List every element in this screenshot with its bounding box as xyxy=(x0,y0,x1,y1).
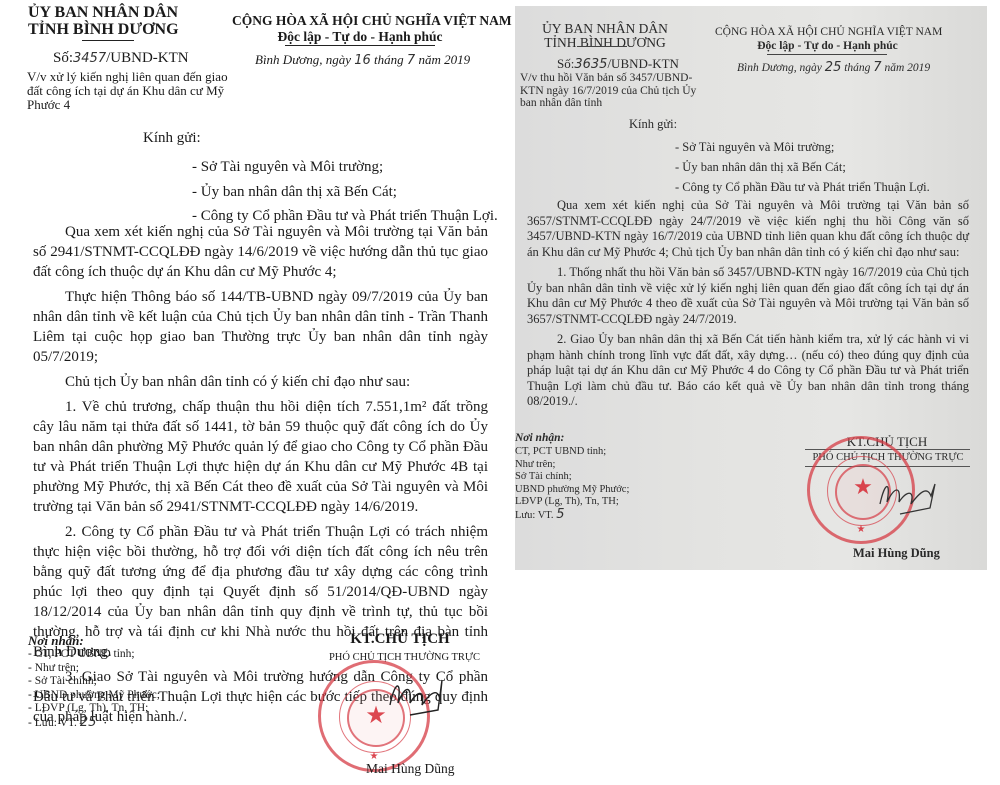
signer-title: KT.CHỦ TỊCH xyxy=(320,631,480,648)
recipients-label: Nơi nhận: xyxy=(28,633,84,649)
handwritten-note: 25 xyxy=(80,715,97,730)
national-motto: Độc lập - Tự do - Hạnh phúc xyxy=(232,29,488,45)
cc-list: CT, PCT UBND tỉnh; Như trên; Sở Tài chín… xyxy=(515,446,629,522)
handwritten-signature xyxy=(875,476,955,521)
agency-line-1: ỦY BAN NHÂN DÂN xyxy=(28,4,178,21)
salutation: Kính gửi: xyxy=(629,117,677,132)
paragraph: 1. Thống nhất thu hồi Văn bản số 3457/UB… xyxy=(527,265,969,327)
signer-name: Mai Hùng Dũng xyxy=(853,546,940,561)
subject-line: V/v xử lý kiến nghị liên quan đến giao đ… xyxy=(27,70,228,112)
republic-title: CỘNG HÒA XÃ HỘI CHỦ NGHĨA VIỆT NAM xyxy=(232,13,488,29)
issue-date: Bình Dương, ngày 25 tháng 7 năm 2019 xyxy=(737,60,930,75)
recipient-list: - Sở Tài nguyên và Môi trường; - Ủy ban … xyxy=(675,137,930,197)
document-left-3457: ỦY BAN NHÂN DÂN TỈNH BÌNH DƯƠNG Số:3457/… xyxy=(0,0,500,785)
recipients-label: Nơi nhận: xyxy=(515,432,564,444)
body-text: Qua xem xét kiến nghị của Sở Tài nguyên … xyxy=(527,198,969,410)
document-number: Số:3635/UBND-KTN xyxy=(557,56,679,72)
paragraph: Qua xem xét kiến nghị của Sở Tài nguyên … xyxy=(527,198,969,260)
recipient-list: - Sở Tài nguyên và Môi trường; - Ủy ban … xyxy=(192,155,498,229)
handwritten-signature xyxy=(380,675,460,720)
paragraph: 2. Giao Ủy ban nhân dân thị xã Bến Cát t… xyxy=(527,332,969,410)
national-motto: Độc lập - Tự do - Hạnh phúc xyxy=(715,40,940,52)
subject-line: V/v thu hồi Văn bản số 3457/UBND- KTN ng… xyxy=(520,72,696,110)
paragraph: Chủ tịch Ủy ban nhân dân tỉnh có ý kiến … xyxy=(33,372,488,392)
handwritten-number: 3457 xyxy=(73,51,106,66)
handwritten-note: 5 xyxy=(556,507,564,522)
paragraph: Thực hiện Thông báo số 144/TB-UBND ngày … xyxy=(33,287,488,367)
document-number: Số:3457/UBND-KTN xyxy=(53,50,189,67)
recipient: - Ủy ban nhân dân thị xã Bến Cát; xyxy=(192,180,498,205)
cc-list: - CT, PCT UBND tỉnh; - Như trên; - Sở Tà… xyxy=(28,648,160,730)
signer-role: PHÓ CHỦ TỊCH THƯỜNG TRỰC xyxy=(322,652,487,663)
republic-title: CỘNG HÒA XÃ HỘI CHỦ NGHĨA VIỆT NAM xyxy=(715,26,940,38)
issue-date: Bình Dương, ngày 16 tháng 7 năm 2019 xyxy=(255,52,470,68)
agency-underline xyxy=(82,40,134,41)
paragraph: Qua xem xét kiến nghị của Sở Tài nguyên … xyxy=(33,222,488,282)
document-right-3635: ỦY BAN NHÂN DÂN TỈNH BÌNH DƯƠNG Số:3635/… xyxy=(515,6,987,570)
recipient: - Sở Tài nguyên và Môi trường; xyxy=(192,155,498,180)
salutation: Kính gửi: xyxy=(143,130,201,147)
motto-underline xyxy=(285,45,435,46)
handwritten-number: 3635 xyxy=(574,57,607,72)
agency-line-2: TỈNH BÌNH DƯƠNG xyxy=(28,21,178,38)
issuing-agency: ỦY BAN NHÂN DÂN TỈNH BÌNH DƯƠNG xyxy=(28,4,178,38)
paragraph: 1. Về chủ trương, chấp thuận thu hồi diệ… xyxy=(33,397,488,517)
signer-name: Mai Hùng Dũng xyxy=(366,761,455,777)
